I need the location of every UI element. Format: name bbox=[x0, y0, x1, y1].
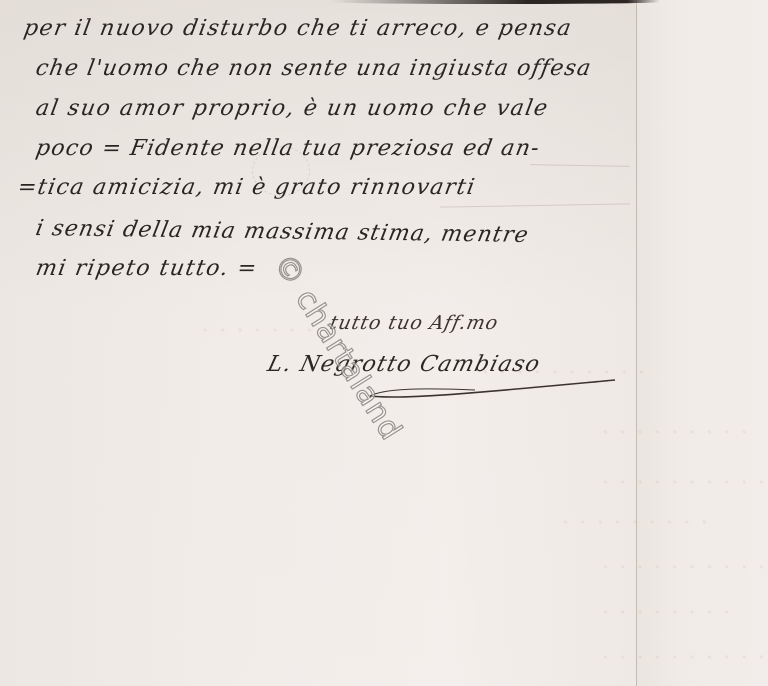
bleed-through-line: · · · · · · · · · bbox=[598, 420, 750, 444]
letter-line-6: i sensi della mia massima stima, mentre bbox=[34, 216, 532, 248]
copyright-icon: © bbox=[266, 248, 312, 293]
ruling-line bbox=[530, 164, 630, 167]
letter-line-7: mi ripeto tutto. = bbox=[34, 256, 260, 281]
letter-line-2: che l'uomo che non sente una ingiusta of… bbox=[34, 56, 594, 81]
page-edge-shadow bbox=[330, 0, 660, 4]
letter-line-3: al suo amor proprio, è un uomo che vale bbox=[34, 96, 551, 121]
letter-photo: · · · · · · · · · · · · · · · · · · · · … bbox=[0, 0, 768, 686]
watermark: © chartaland bbox=[266, 248, 408, 447]
letter-page: · · · · · · · · · · · · · · · · · · · · … bbox=[0, 0, 636, 686]
letter-line-5: =tica amicizia, mi è grato rinnovarti bbox=[16, 175, 478, 200]
letter-closing: tutto tuo Aff.mo bbox=[328, 312, 501, 334]
bleed-through-line: · · · · · · · · · · · bbox=[598, 470, 768, 494]
letter-line-4: poco = Fidente nella tua preziosa ed an- bbox=[34, 136, 542, 161]
right-page bbox=[636, 0, 768, 686]
bleed-through-line: · · · · · · · · · · bbox=[598, 555, 767, 579]
bleed-through-line: · · · · · · · · · · bbox=[598, 645, 767, 669]
ruling-line bbox=[440, 203, 630, 207]
signature-flourish-icon bbox=[365, 374, 625, 402]
bleed-through-line: · · · · · · · · · bbox=[558, 510, 710, 534]
bleed-through-line: · · · · · · · · bbox=[598, 600, 732, 624]
letter-line-1: per il nuovo disturbo che ti arreco, e p… bbox=[22, 16, 574, 41]
